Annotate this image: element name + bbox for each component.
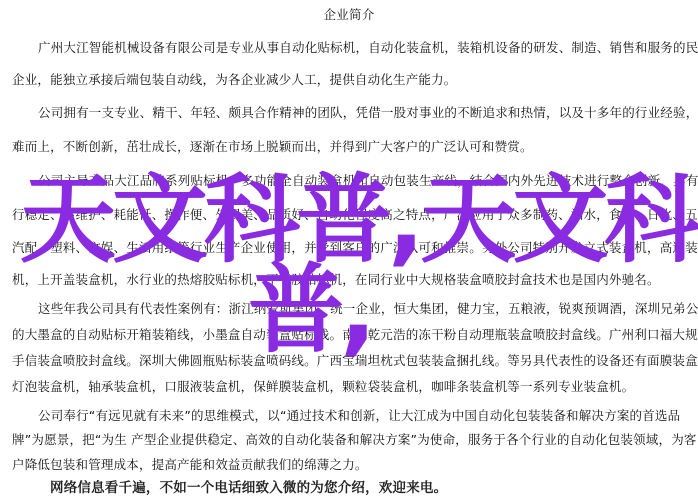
- paragraph-line: 公司主导产品大江品牌系列贴标机，多功能全自动装盒机和自动包装生产线，结合国内外先…: [38, 173, 698, 189]
- paragraph-line: 手信装盒喷胶封盒线。深圳大佛圆瓶贴标装盒喷码线。广西宝瑞坦枕式包装装盒捆扎线。等…: [12, 353, 698, 369]
- paragraph-line: 广州大江智能机械设备有限公司是专业从事自动化贴标机，自动化装盒机，装箱机设备的研…: [38, 40, 698, 56]
- paragraph-line: 公司拥有一支专业、精干、年轻、颇具合作精神的团队，凭借一股对事业的不断追求和热情…: [38, 105, 698, 121]
- paragraph-line: 灯泡装盒机，轴承装盒机，口服液装盒机，保鲜膜装盒机，颗粒袋装盒机，咖啡条装盒机等…: [12, 379, 634, 395]
- paragraph-line: 户降低包装和管理成本，提高产能和效益贡献我们的绵薄之力。: [12, 457, 368, 473]
- paragraph-line: 牌”为愿景，把“为生 产型企业提供稳定、高效的自动化装备和解决方案”为使命，服务…: [12, 432, 697, 448]
- paragraph-line: 企业，能独立承接后端包装自动线，为各企业减少人工，提供自动化生产能力。: [12, 72, 457, 88]
- paragraph-line: 难而上，不断创新，茁壮成长，逐渐在市场上脱颖而出，并得到广大客户的广泛认可和赞赏…: [12, 139, 533, 155]
- paragraph-line: 行稳定、易维护、耗能低、操作便、外观美、品质好、自动化程度高之特点，广泛应用于众…: [12, 207, 698, 223]
- paragraph-line: 这些年我公司具有代表性案例有：浙江纳爱斯集团，统一企业，恒大集团，健力宝，五粮液…: [38, 301, 698, 317]
- paragraph-line: 汽配、塑料、文娱、生活用纸等行业生产企业使用，并受到客户的广泛认可和推崇。另外公…: [12, 240, 698, 256]
- paragraph-line: 机，上开盖装盒机，水行业的热熔胶贴标机，不干胶贴标机，在同行业中大规格装盒喷胶封…: [12, 272, 660, 288]
- closing-line: 网络信息看千遍，不如一个电话细致入微的为您介绍，欢迎来电。: [50, 480, 447, 496]
- paragraph-line: 公司奉行“有远见就有未来”的思维模式，以“通过技术和创新，让大江成为中国自动化包…: [38, 408, 680, 424]
- document-title: 企业简介: [0, 7, 698, 23]
- paragraph-line: 的大墨盒的自动贴标开箱装箱线，小墨盒自动装盒贴标线。南京乾元浩的冻干粉自动理瓶装…: [12, 327, 698, 343]
- document-page: 企业简介 广州大江智能机械设备有限公司是专业从事自动化贴标机，自动化装盒机，装箱…: [0, 0, 698, 499]
